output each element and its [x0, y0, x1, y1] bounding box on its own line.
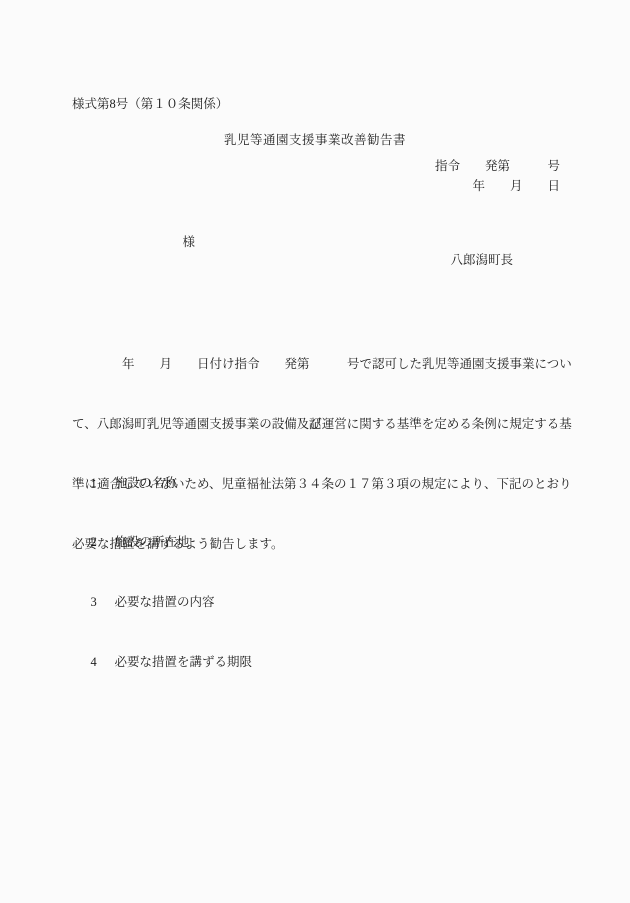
record-marker: 記	[0, 414, 630, 434]
item-number: 2	[91, 532, 115, 552]
item-label: 施設の所在地	[115, 535, 190, 549]
item-number: 1	[91, 473, 115, 493]
item-number: 4	[91, 652, 115, 672]
issue-date-line: 年 月 日	[472, 176, 560, 196]
form-number: 様式第8号（第１０条関係）	[72, 94, 228, 114]
addressee-suffix: 様	[183, 235, 196, 249]
item-number: 3	[91, 592, 115, 612]
body-line: 年 月 日付け指令 発第 号で認可した乳児等通園支援事業につい	[72, 354, 564, 374]
document-title: 乳児等通園支援事業改善勧告書	[0, 130, 630, 150]
item-label: 必要な措置を講ずる期限	[115, 655, 253, 669]
numbered-item-4: 4必要な措置を講ずる期限	[78, 632, 252, 692]
directive-number-line: 指令 発第 号	[435, 156, 560, 176]
issuer-name: 八郎潟町長	[450, 250, 513, 270]
document-page: 様式第8号（第１０条関係） 乳児等通園支援事業改善勧告書 指令 発第 号 年 月…	[0, 0, 630, 903]
numbered-item-2: 2施設の所在地	[78, 512, 190, 572]
item-label: 施設の名称	[115, 476, 178, 490]
numbered-item-1: 1施設の名称	[78, 453, 177, 513]
numbered-item-3: 3必要な措置の内容	[78, 572, 215, 632]
item-label: 必要な措置の内容	[115, 595, 215, 609]
addressee-line: 様	[170, 212, 195, 272]
